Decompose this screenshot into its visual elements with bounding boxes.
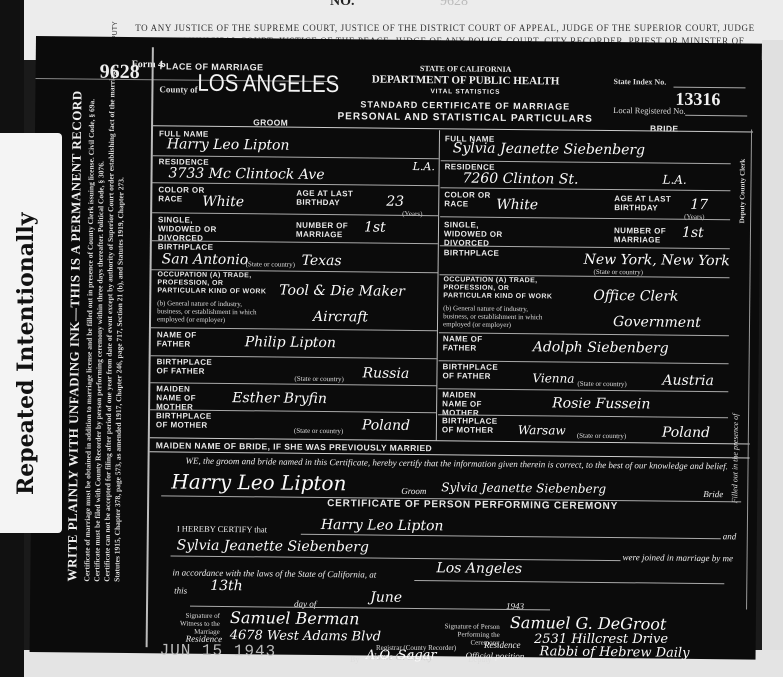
groom-birthplace-state-label: (State or country): [246, 260, 295, 269]
bride-birthplace: New York, New York: [584, 252, 730, 270]
bride-father-birthplace-city: Vienna: [532, 371, 574, 385]
officiant-residence-label: Residence: [484, 640, 520, 650]
groom-father-name: Philip Lipton: [245, 334, 336, 351]
groom-father-birthplace-label: BIRTHPLACE OF FATHER: [156, 357, 226, 376]
and-label: and: [723, 531, 737, 541]
laws-label: in accordance with the laws of the State…: [172, 567, 376, 579]
county-value: LOS ANGELES: [197, 70, 339, 99]
bride-residence-city: L.A.: [662, 173, 686, 187]
groom-color: White: [202, 194, 244, 210]
ceremony-place: Los Angeles: [436, 560, 522, 577]
groom-father-name-label: NAME OF FATHER: [157, 330, 197, 348]
side-note-3: Certificate can not be accepted for fili…: [102, 42, 128, 582]
ceremony-bride-name: Sylvia Jeanette Siebenberg: [177, 538, 369, 556]
bride-color: White: [496, 197, 538, 213]
bride-mother-birthplace-city: Warsaw: [518, 423, 566, 437]
bride-father-birthplace: Austria: [662, 373, 714, 390]
filed-stamp: JUN 15 1943: [159, 641, 276, 660]
page-number-faded: 9628: [440, 0, 468, 10]
department-title: DEPARTMENT OF PUBLIC HEALTH: [326, 73, 606, 88]
groom-full-name: Harry Leo Lipton: [167, 136, 290, 153]
groom-mother-birthplace-state-label: (State or country): [294, 427, 343, 436]
bride-occupation-b-label: (b) General nature of industry, business…: [443, 304, 553, 329]
certificate-title: STANDARD CERTIFICATE OF MARRIAGE: [325, 99, 605, 112]
state-index-label: State Index No.: [614, 78, 667, 87]
left-margin-rule: [146, 47, 154, 647]
groom-occupation-a: Tool & Die Maker: [279, 283, 405, 300]
bride-father-birthplace-state-label: (State or country): [577, 380, 626, 389]
groom-occupation-b-label: (b) General nature of industry, business…: [157, 299, 267, 324]
groom-mother-birthplace-label: BIRTHPLACE OF MOTHER: [156, 411, 226, 430]
page-number-label: NO.: [330, 0, 355, 10]
filled-in-presence-label: Filled out in the presence of: [731, 414, 740, 504]
bride-occupation-a: Office Clerk: [593, 288, 678, 305]
bride-age: 17: [690, 197, 708, 213]
line: [414, 580, 724, 584]
bride-mother-birthplace: Poland: [662, 425, 710, 442]
page-right-edge: [762, 40, 783, 677]
groom-mother-maiden-name: Esther Bryfin: [232, 390, 327, 407]
bride-age-label: AGE AT LAST BIRTHDAY: [614, 194, 684, 213]
side-notes-block: Certificate of marriage must be obtained…: [82, 42, 128, 582]
ceremony-heading: CERTIFICATE OF PERSON PERFORMING CEREMON…: [327, 499, 618, 511]
bride-father-name: Adolph Siebenberg: [533, 339, 669, 356]
bride-father-birthplace-label: BIRTHPLACE OF FATHER: [442, 362, 512, 381]
this-label: this: [174, 585, 187, 595]
groom-number-of-marriage-label: NUMBER OF MARRIAGE: [296, 221, 356, 240]
local-registered-label: Local Registered No.: [613, 106, 686, 115]
officiant-residence: 2531 Hillcrest Drive: [534, 632, 668, 647]
groom-occupation-b: Aircraft: [313, 309, 368, 326]
bride-mother-birthplace-label: BIRTHPLACE OF MOTHER: [442, 416, 512, 435]
line: [301, 534, 721, 539]
local-registered-line: [685, 115, 747, 117]
groom-age-label: AGE AT LAST BIRTHDAY: [296, 189, 366, 208]
groom-residence-city: L.A.: [413, 160, 435, 173]
groom-signature: Harry Leo Lipton: [171, 469, 346, 495]
county-label: County of: [159, 85, 197, 93]
ceremony-month: June: [370, 590, 402, 606]
groom-birthplace-state: Texas: [302, 253, 342, 269]
bride-signature-label: Bride: [703, 489, 723, 499]
bride-residence: 7260 Clinton St.: [462, 170, 578, 187]
ceremony-day: 13th: [210, 578, 243, 594]
bride-mother-birthplace-state-label: (State or country): [577, 432, 626, 441]
bride-full-name: Sylvia Jeanette Siebenberg: [453, 140, 645, 158]
deputy-signature: A.O. Sagar: [366, 648, 437, 663]
groom-signature-label: Groom: [401, 486, 426, 496]
groom-occupation-a-label: OCCUPATION (a) Trade, profession, or par…: [157, 271, 267, 296]
groom-color-label: COLOR OR RACE: [158, 185, 208, 204]
ceremony-groom-name: Harry Leo Lipton: [321, 517, 444, 534]
bride-marital-status-label: SINGLE, WIDOWED OR DIVORCED: [444, 220, 524, 248]
bride-mother-maiden-name: Rosie Fussein: [552, 395, 650, 412]
groom-mother-maiden-name-label: MAIDEN NAME OF MOTHER: [156, 384, 201, 411]
marriage-certificate: WRITE PLAINLY WITH UNFADING INK—THIS IS …: [30, 36, 762, 660]
bride-heading: BRIDE: [650, 124, 679, 133]
officiant-signature: Samuel G. DeGroot: [510, 613, 667, 634]
repeated-intentionally-text: Repeated Intentionally: [13, 213, 39, 496]
bride-number-of-marriage-label: NUMBER OF MARRIAGE: [614, 226, 674, 245]
certificate-subtitle: PERSONAL AND STATISTICAL PARTICULARS: [305, 111, 625, 125]
form-label: Form 4: [132, 59, 164, 70]
groom-marital-status-label: SINGLE, WIDOWED OR DIVORCED: [158, 215, 238, 243]
groom-mother-birthplace: Poland: [362, 417, 410, 434]
bride-birthplace-label: BIRTHPLACE: [444, 248, 500, 258]
bride-color-label: COLOR OR RACE: [444, 190, 494, 209]
groom-number-of-marriage: 1st: [364, 219, 386, 235]
groom-age: 23: [386, 194, 404, 210]
joined-label: were joined in marriage by me: [623, 552, 734, 563]
center-column-rule: [436, 130, 440, 440]
deputy-county-clerk-label: Deputy County Clerk: [738, 159, 747, 224]
groom-father-birthplace-state-label: (State or country): [294, 375, 343, 384]
deputy-label: Deputy: [468, 656, 492, 664]
certify-label: I HEREBY CERTIFY that: [177, 524, 267, 535]
division-title: VITAL STATISTICS: [355, 87, 575, 96]
by-label: By: [350, 656, 359, 664]
bride-number-of-marriage: 1st: [682, 225, 704, 241]
bride-signature: Sylvia Jeanette Siebenberg: [441, 480, 606, 496]
bride-occupation-a-label: OCCUPATION (a) Trade, profession, or par…: [443, 276, 553, 301]
line: [171, 555, 621, 561]
bride-occupation-b: Government: [613, 314, 701, 331]
witness-label: Signature of Witness to the Marriage: [170, 611, 220, 636]
groom-birthplace-city: San Antonio: [162, 251, 249, 268]
bride-father-name-label: NAME OF FATHER: [443, 334, 483, 352]
right-rule: [746, 129, 752, 609]
witness-signature: Samuel Berman: [230, 608, 360, 628]
groom-residence: 3733 Mc Clintock Ave: [168, 165, 324, 183]
groom-father-birthplace: Russia: [362, 365, 409, 381]
